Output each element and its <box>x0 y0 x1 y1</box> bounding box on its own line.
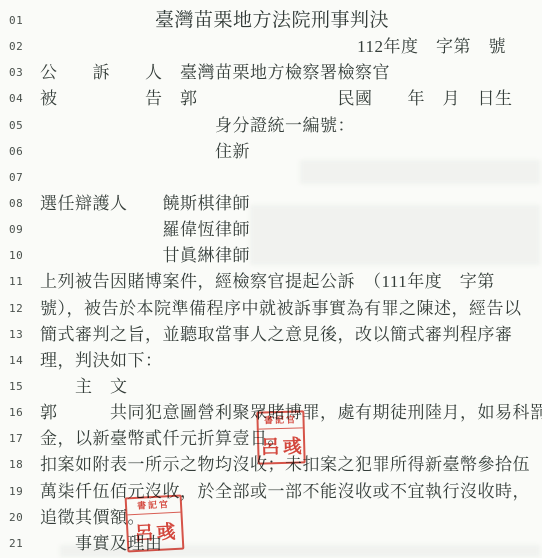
line-text: 羅偉恆律師 <box>35 217 542 243</box>
line-text: 甘眞綝律師 <box>35 243 542 269</box>
line-number: 12 <box>0 296 35 322</box>
line-text: 身分證統一編號： <box>35 113 542 139</box>
document-line: 10 甘眞綝律師 <box>0 243 542 269</box>
document-line: 15 主 文 <box>0 374 542 400</box>
clerk-seal-stamp-1: 書記官 呂彧 <box>256 410 305 464</box>
line-number: 19 <box>0 479 35 505</box>
line-number: 06 <box>0 139 35 165</box>
court-judgment-page: 01 臺灣苗栗地方法院刑事判決 02 112年度 字第 號 03 公 訴 人 臺… <box>0 0 542 558</box>
line-number: 09 <box>0 217 35 243</box>
document-line: 11 上列被告因賭博案件，經檢察官提起公訴 （111年度 字第 <box>0 269 542 295</box>
document-line: 09 羅偉恆律師 <box>0 217 542 243</box>
line-number: 20 <box>0 505 35 531</box>
line-number: 10 <box>0 243 35 269</box>
line-number: 16 <box>0 400 35 426</box>
line-text: 萬柒仟伍佰元沒收，於全部或一部不能沒收或不宜執行沒收時， <box>35 479 542 505</box>
document-line: 14 理，判決如下： <box>0 348 542 374</box>
line-number: 01 <box>0 8 35 34</box>
line-text: 事實及理由 <box>35 531 542 557</box>
line-text: 主 文 <box>35 374 542 400</box>
clerk-seal-name: 呂彧 <box>259 428 304 462</box>
line-number: 21 <box>0 531 35 557</box>
line-number: 02 <box>0 34 35 60</box>
line-text: 選任辯護人 饒斯棋律師 <box>35 191 542 217</box>
document-line: 05 身分證統一編號： <box>0 113 542 139</box>
line-text: 112年度 字第 號 <box>35 34 542 60</box>
line-number: 11 <box>0 269 35 295</box>
line-text: 追徵其價額。 <box>35 505 542 531</box>
line-text <box>35 165 542 191</box>
line-number: 03 <box>0 60 35 86</box>
line-number: 18 <box>0 452 35 478</box>
clerk-seal-role-label: 書記官 <box>258 412 302 429</box>
line-number: 07 <box>0 165 35 191</box>
line-number: 14 <box>0 348 35 374</box>
document-line: 19 萬柒仟伍佰元沒收，於全部或一部不能沒收或不宜執行沒收時， <box>0 479 542 505</box>
document-line: 13 簡式審判之旨，並聽取當事人之意見後，改以簡式審判程序審 <box>0 322 542 348</box>
line-text: 公 訴 人 臺灣苗栗地方檢察署檢察官 <box>35 60 542 86</box>
document-line: 04 被 告 郭 民國 年 月 日生 <box>0 86 542 112</box>
document-line: 21 事實及理由 <box>0 531 542 557</box>
document-body: 01 臺灣苗栗地方法院刑事判決 02 112年度 字第 號 03 公 訴 人 臺… <box>0 0 542 557</box>
document-line: 03 公 訴 人 臺灣苗栗地方檢察署檢察官 <box>0 60 542 86</box>
line-number: 04 <box>0 86 35 112</box>
document-line: 07 <box>0 165 542 191</box>
line-text: 簡式審判之旨，並聽取當事人之意見後，改以簡式審判程序審 <box>35 322 542 348</box>
line-text: 上列被告因賭博案件，經檢察官提起公訴 （111年度 字第 <box>35 269 542 295</box>
document-line: 01 臺灣苗栗地方法院刑事判決 <box>0 8 542 34</box>
document-line: 08 選任辯護人 饒斯棋律師 <box>0 191 542 217</box>
line-number: 17 <box>0 426 35 452</box>
document-line: 12 號），被告於本院準備程序中就被訴事實為有罪之陳述，經告以 <box>0 296 542 322</box>
clerk-seal-name: 呂彧 <box>128 513 183 551</box>
line-text: 被 告 郭 民國 年 月 日生 <box>35 86 542 112</box>
line-text: 理，判決如下： <box>35 348 542 374</box>
line-number: 08 <box>0 191 35 217</box>
document-line: 06 住新 <box>0 139 542 165</box>
line-number: 05 <box>0 113 35 139</box>
line-number: 15 <box>0 374 35 400</box>
line-text: 臺灣苗栗地方法院刑事判決 <box>35 8 542 34</box>
document-line: 02 112年度 字第 號 <box>0 34 542 60</box>
clerk-seal-stamp-2: 書記官 呂彧 <box>125 495 185 553</box>
line-text: 號），被告於本院準備程序中就被訴事實為有罪之陳述，經告以 <box>35 296 542 322</box>
line-text: 住新 <box>35 139 542 165</box>
document-line: 20 追徵其價額。 <box>0 505 542 531</box>
line-number: 13 <box>0 322 35 348</box>
